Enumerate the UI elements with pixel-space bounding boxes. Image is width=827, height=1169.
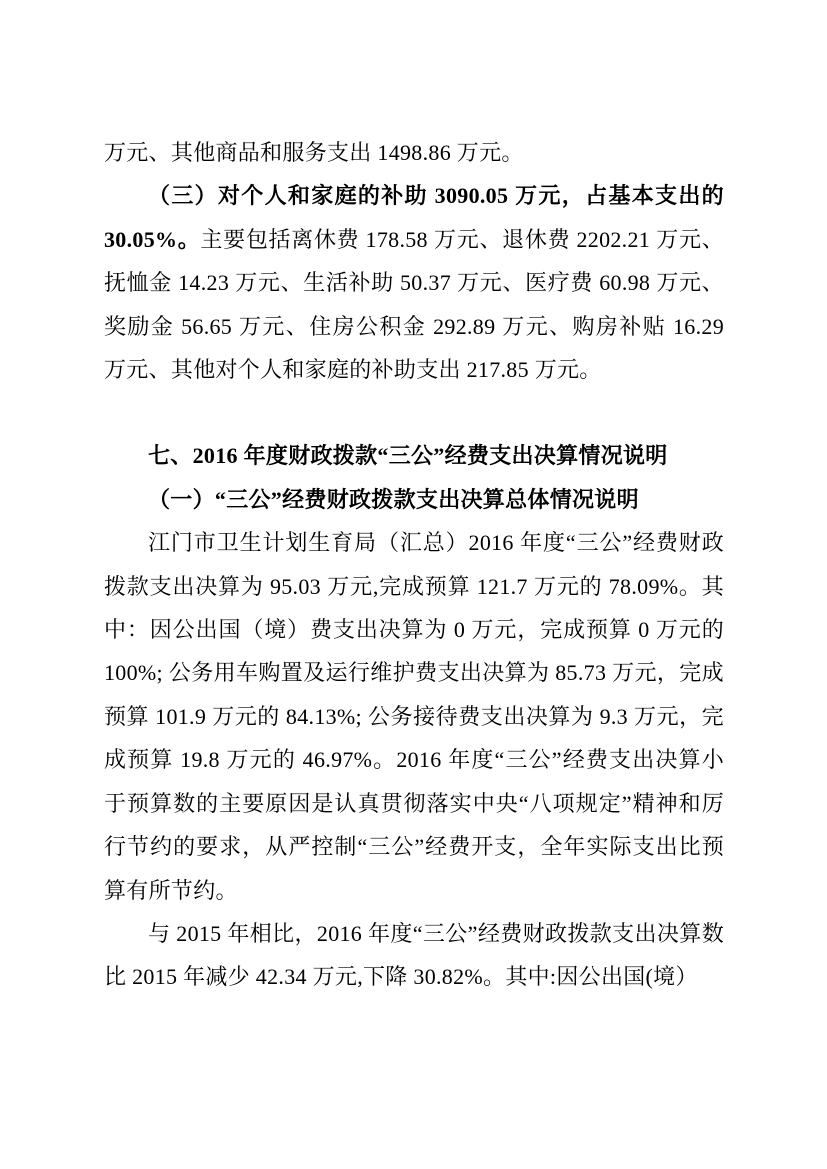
paragraph-three-public-overall: 江门市卫生计划生育局（汇总）2016 年度“三公”经费财政拨款支出决算为 95.… — [104, 521, 724, 912]
paragraph-other-goods-services-tail: 万元、其他商品和服务支出 1498.86 万元。 — [104, 131, 724, 174]
paragraph-individual-family-subsidy: （三）对个人和家庭的补助 3090.05 万元，占基本支出的 30.05%。主要… — [104, 174, 724, 391]
overall-paragraph-text: 江门市卫生计划生育局（汇总）2016 年度“三公”经费财政拨款支出决算为 95.… — [104, 530, 724, 902]
section-heading-seven-one-text: （一）“三公”经费财政拨款支出决算总体情况说明 — [148, 487, 639, 512]
document-page: 万元、其他商品和服务支出 1498.86 万元。 （三）对个人和家庭的补助 30… — [0, 0, 827, 1169]
comparison-paragraph-text: 与 2015 年相比，2016 年度“三公”经费财政拨款支出决算数比 2015 … — [104, 921, 724, 989]
document-content: 万元、其他商品和服务支出 1498.86 万元。 （三）对个人和家庭的补助 30… — [104, 131, 724, 999]
paragraph-text: 万元、其他商品和服务支出 1498.86 万元。 — [104, 140, 524, 165]
section-heading-seven-text: 七、2016 年度财政拨款“三公”经费支出决算情况说明 — [148, 443, 668, 468]
section-heading-seven-one: （一）“三公”经费财政拨款支出决算总体情况说明 — [104, 478, 724, 521]
section-heading-seven: 七、2016 年度财政拨款“三公”经费支出决算情况说明 — [104, 434, 724, 477]
paragraph-comparison-2015: 与 2015 年相比，2016 年度“三公”经费财政拨款支出决算数比 2015 … — [104, 912, 724, 999]
